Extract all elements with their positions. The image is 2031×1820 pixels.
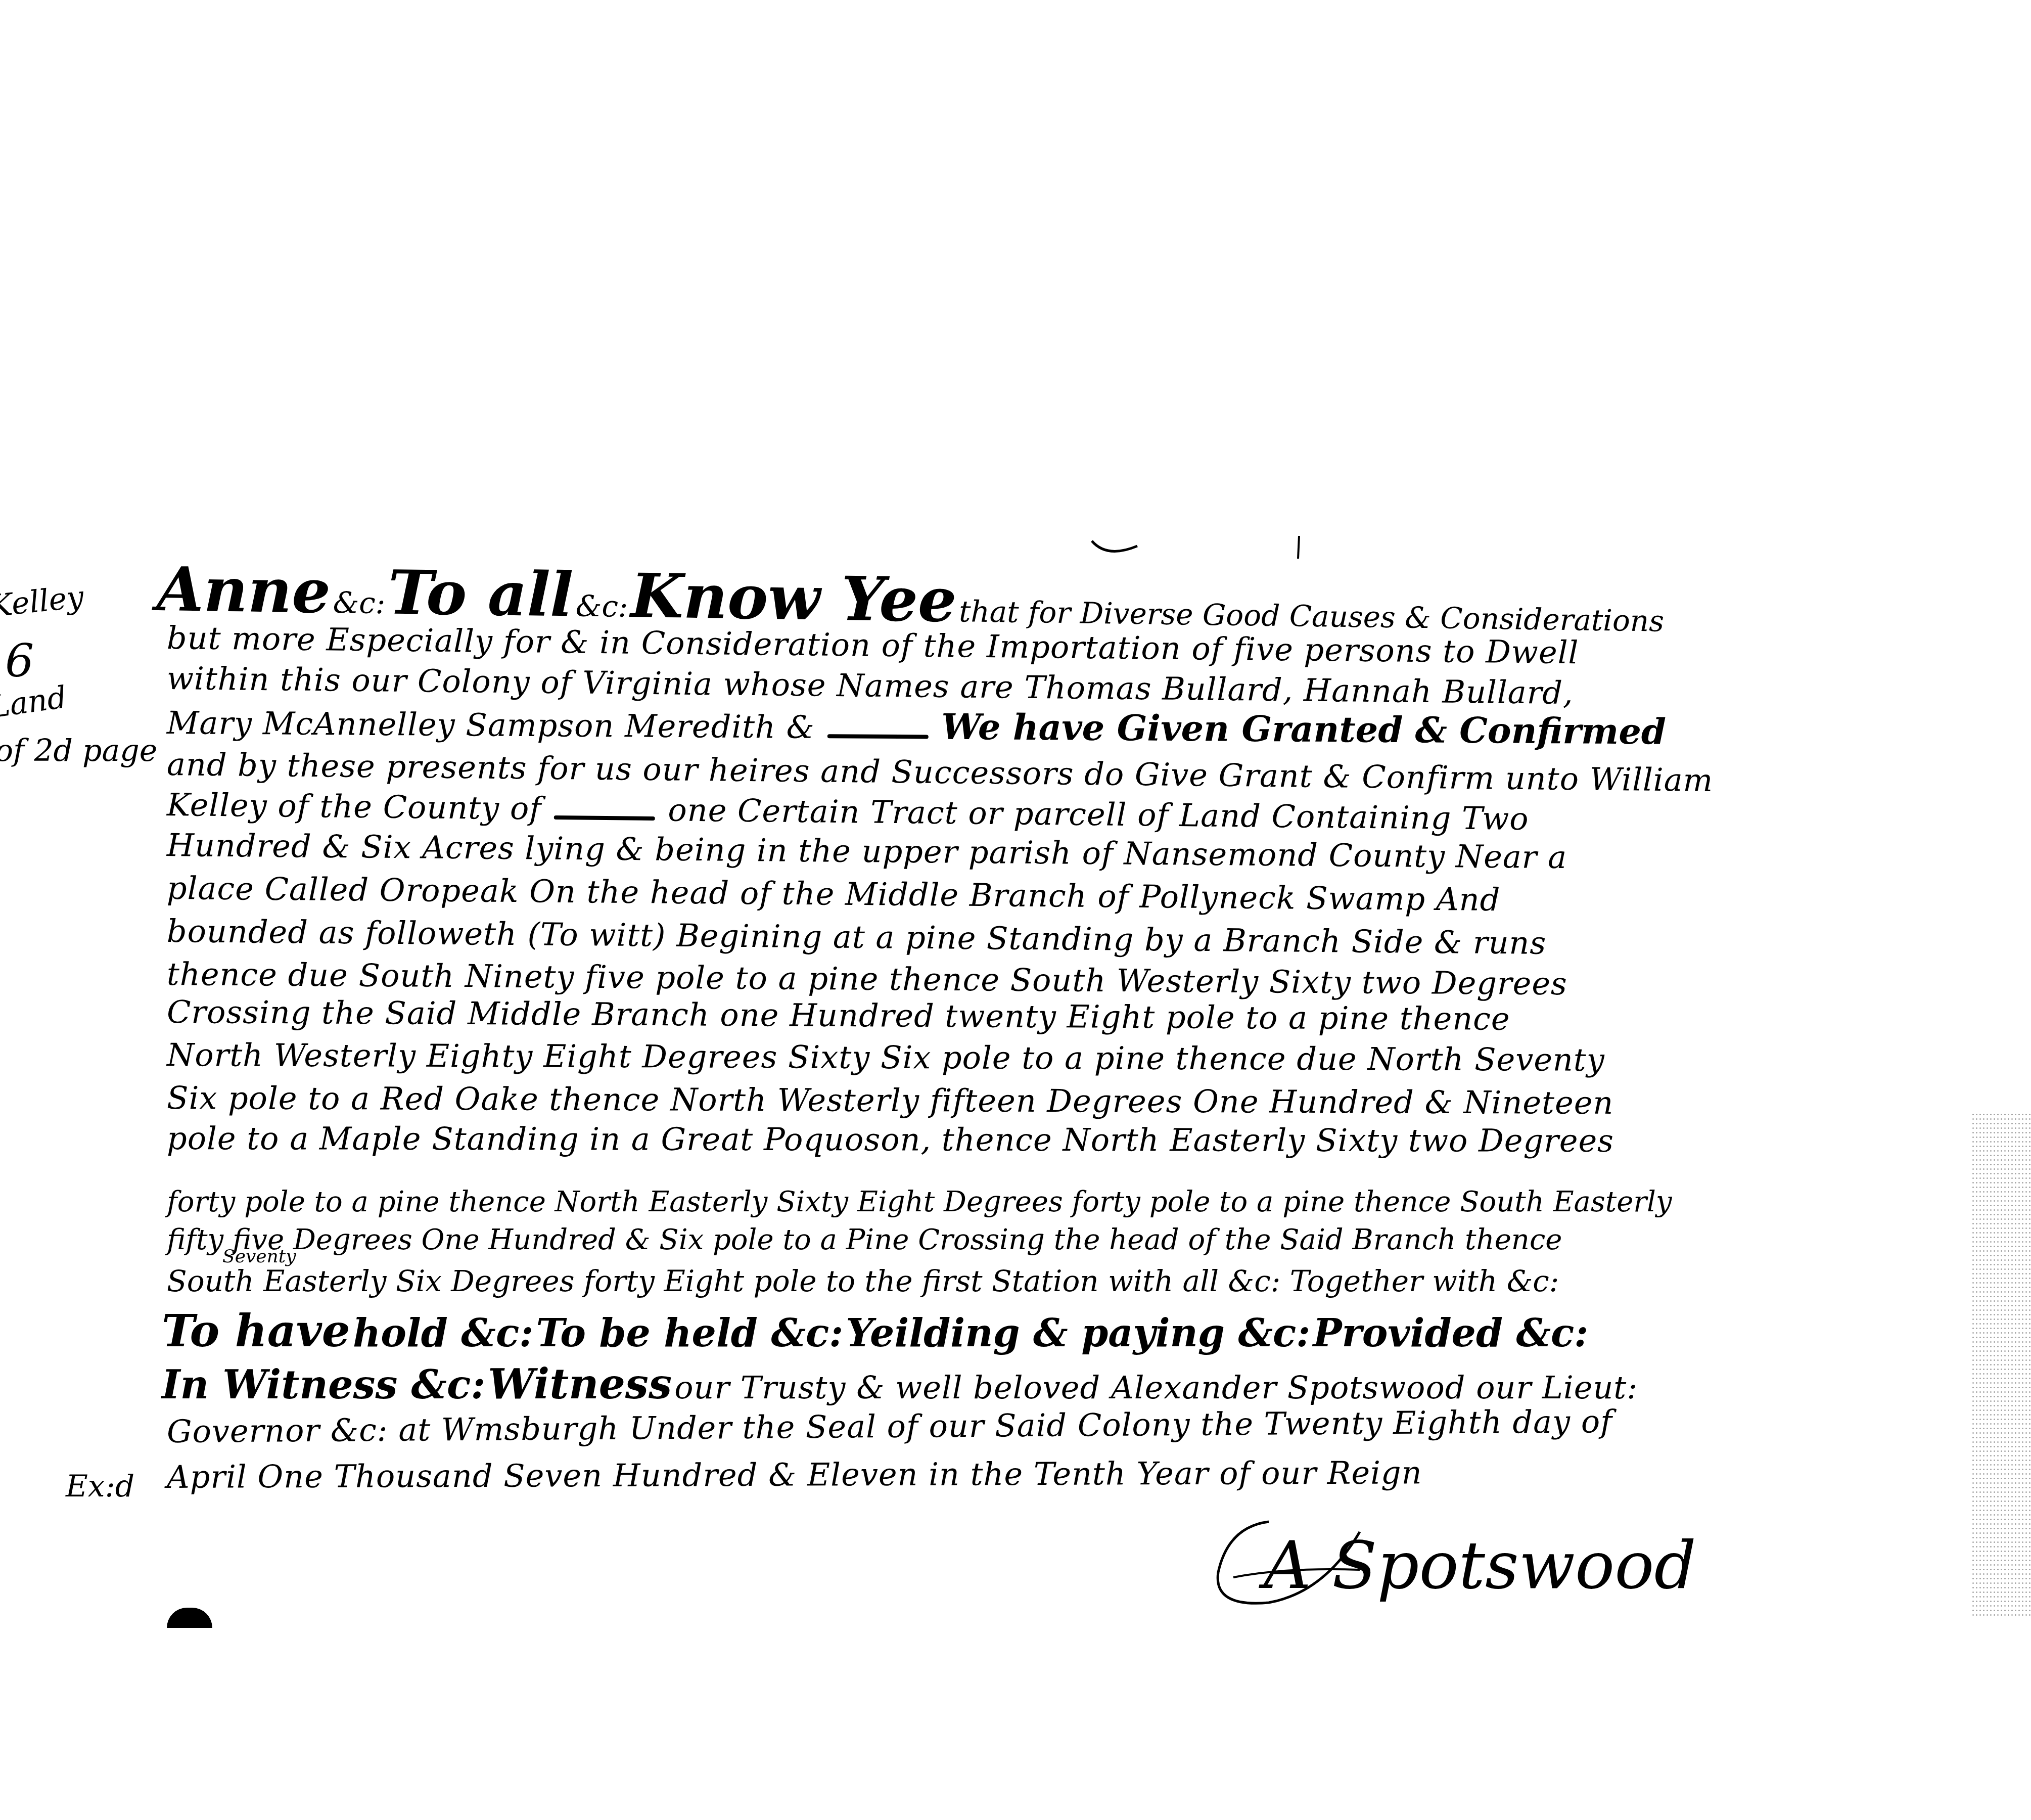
margin-note-examined: Ex:d <box>66 1469 134 1504</box>
yeilding-paying: Yeilding & paying &c: <box>846 1310 1310 1355</box>
scan-edge-noise <box>1971 1112 2031 1618</box>
provided: Provided &c: <box>1313 1310 1588 1355</box>
margin-note-number: 6 <box>5 634 34 688</box>
body-line-15: fifty five Degrees One Hundred & Six pol… <box>167 1223 1562 1256</box>
stray-ink-mark <box>167 1608 212 1628</box>
to-have: To have <box>162 1304 350 1357</box>
body-line-11: North Westerly Eighty Eight Degrees Sixt… <box>167 1036 1605 1078</box>
closing-line-1: Governor &c: at Wmsburgh Under the Seal … <box>167 1403 1613 1450</box>
witness-rest: our Trusty & well beloved Alexander Spot… <box>674 1369 1638 1406</box>
body-line-16: South Easterly Six Degrees forty Eight p… <box>167 1264 1559 1298</box>
heading-anne: Anne <box>156 554 331 627</box>
margin-note-name: Kelley <box>0 579 85 624</box>
grantee-county: Kelley of the County of <box>167 786 542 827</box>
closing-line-2: April One Thousand Seven Hundred & Eleve… <box>167 1454 1422 1495</box>
witness: Witness <box>488 1360 672 1408</box>
tract-phrase: one Certain Tract or parcell of Land Con… <box>668 791 1529 837</box>
blank-line <box>827 734 929 739</box>
habendum-line: To have hold &c: To be held &c: Yeilding… <box>162 1304 1588 1357</box>
to-be-held: To be held &c: <box>536 1310 843 1355</box>
document-page: Kelley 6 Land of 2d page Ex:d Anne &c: T… <box>0 0 2031 1820</box>
hold: hold &c: <box>353 1310 533 1355</box>
margin-note-page-ref: of 2d page <box>0 733 157 768</box>
body-line-7: place Called Oropeak On the head of the … <box>167 870 1501 918</box>
grant-phrase: We have Given Granted & Confirmed <box>941 706 1666 753</box>
body-line-13: pole to a Maple Standing in a Great Poqu… <box>167 1120 1614 1159</box>
in-witness: In Witness &c: <box>162 1362 485 1408</box>
witness-line: In Witness &c: Witness our Trusty & well… <box>162 1360 1638 1408</box>
body-line-14: forty pole to a pine thence North Easter… <box>167 1186 1672 1218</box>
body-line-10: Crossing the Said Middle Branch one Hund… <box>167 993 1510 1037</box>
blank-line <box>554 815 655 821</box>
heading-etc-1: &c: <box>333 585 386 620</box>
names-text: Mary McAnnelley Sampson Meredith & <box>167 704 815 746</box>
signature: A Spotswood <box>1264 1527 1696 1604</box>
heading-to-all: To all <box>388 557 574 630</box>
heading-etc-2: &c: <box>575 589 628 624</box>
body-line-8: bounded as followeth (To witt) Begining … <box>167 913 1547 962</box>
body-line-12: Six pole to a Red Oake thence North West… <box>167 1079 1614 1121</box>
stray-mark <box>1087 536 1147 566</box>
stray-mark <box>1294 536 1304 561</box>
